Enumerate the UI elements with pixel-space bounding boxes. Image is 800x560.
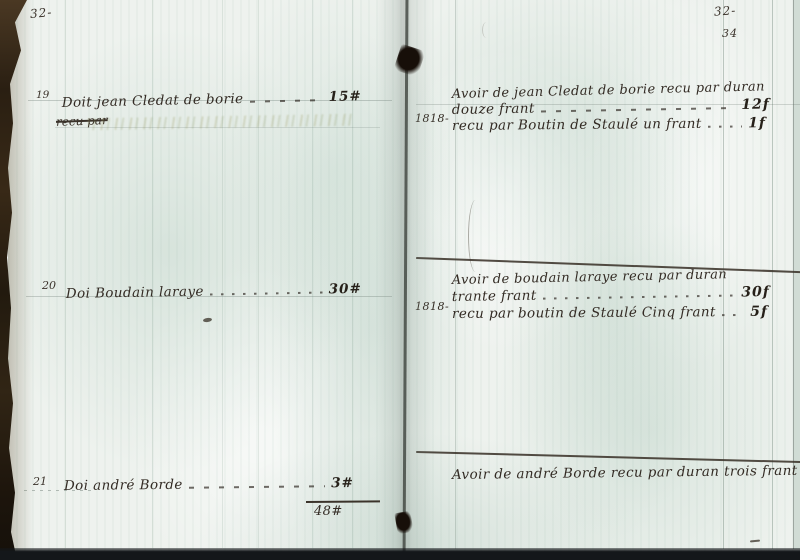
credit-amount: 30f <box>741 284 770 300</box>
paper-crease <box>222 0 223 548</box>
credit-line3: recu par boutin de Staulé Cinq frant 5f <box>452 304 768 322</box>
leader-dots <box>210 292 323 296</box>
folio-number: 34 <box>722 27 738 40</box>
pen-mark <box>482 22 491 38</box>
credit-line3: recu par Boutin de Staulé un frant 1f <box>452 115 766 134</box>
book-spine-edge <box>0 0 27 560</box>
credit-line1: Avoir de andré Borde recu par duran troi… <box>452 463 762 483</box>
entry-total: 48# <box>314 504 343 519</box>
entry-amount: 15# <box>328 88 361 105</box>
paper-crease <box>352 0 353 548</box>
entry-text: Doi andré Borde <box>64 477 183 494</box>
credit-text: recu par Boutin de Staulé un frant <box>452 116 702 134</box>
entry-text: Doi Boudain laraye <box>66 284 204 302</box>
leader-dots <box>708 125 743 127</box>
pen-mark <box>750 539 760 542</box>
leader-dots <box>543 295 736 300</box>
page-number-right: 32- <box>714 3 737 19</box>
binding-wormhole <box>394 511 413 534</box>
leader-dashes <box>541 107 736 112</box>
pen-mark <box>468 200 483 272</box>
entry-amount: 3# <box>331 475 354 491</box>
page-number-left: 32- <box>29 5 52 21</box>
credit-text: Avoir de andré Borde recu par duran troi… <box>452 463 798 483</box>
credit-text: recu par boutin de Staulé Cinq frant <box>452 304 716 322</box>
credit-amount: 12f <box>741 96 770 112</box>
paper-crease <box>312 0 313 548</box>
ink-separator-line <box>416 451 800 463</box>
entry-number: 19 <box>36 89 49 101</box>
ledger-entry-debit: Doit jean Cledat de borie 15# <box>62 88 362 111</box>
credit-amount: 1f <box>748 115 766 131</box>
credit-text: trante frant <box>452 288 537 305</box>
entry-number: 21 <box>33 475 47 488</box>
entry-amount: 30# <box>329 281 362 298</box>
ledger-scan: 32- 19 Doit jean Cledat de borie 15# rec… <box>0 0 800 560</box>
entry-text: Doit jean Cledat de borie <box>62 91 244 111</box>
leader-dots <box>722 314 744 316</box>
credit-amount: 5f <box>750 304 768 320</box>
sum-line <box>306 500 380 502</box>
paper-crease <box>152 0 153 548</box>
credit-text: douze frant <box>452 101 535 118</box>
ledger-entry-debit: Doi andré Borde 3# <box>64 475 354 494</box>
paper-crease <box>65 0 66 548</box>
paper-crease <box>258 0 259 548</box>
scan-bottom-edge <box>0 548 800 560</box>
ink-speck <box>203 317 212 322</box>
entry-number: 20 <box>42 279 56 292</box>
ledger-entry-debit: Doi Boudain laraye 30# <box>66 281 362 302</box>
leader-dashes <box>250 99 323 102</box>
leader-dashes <box>189 486 325 489</box>
